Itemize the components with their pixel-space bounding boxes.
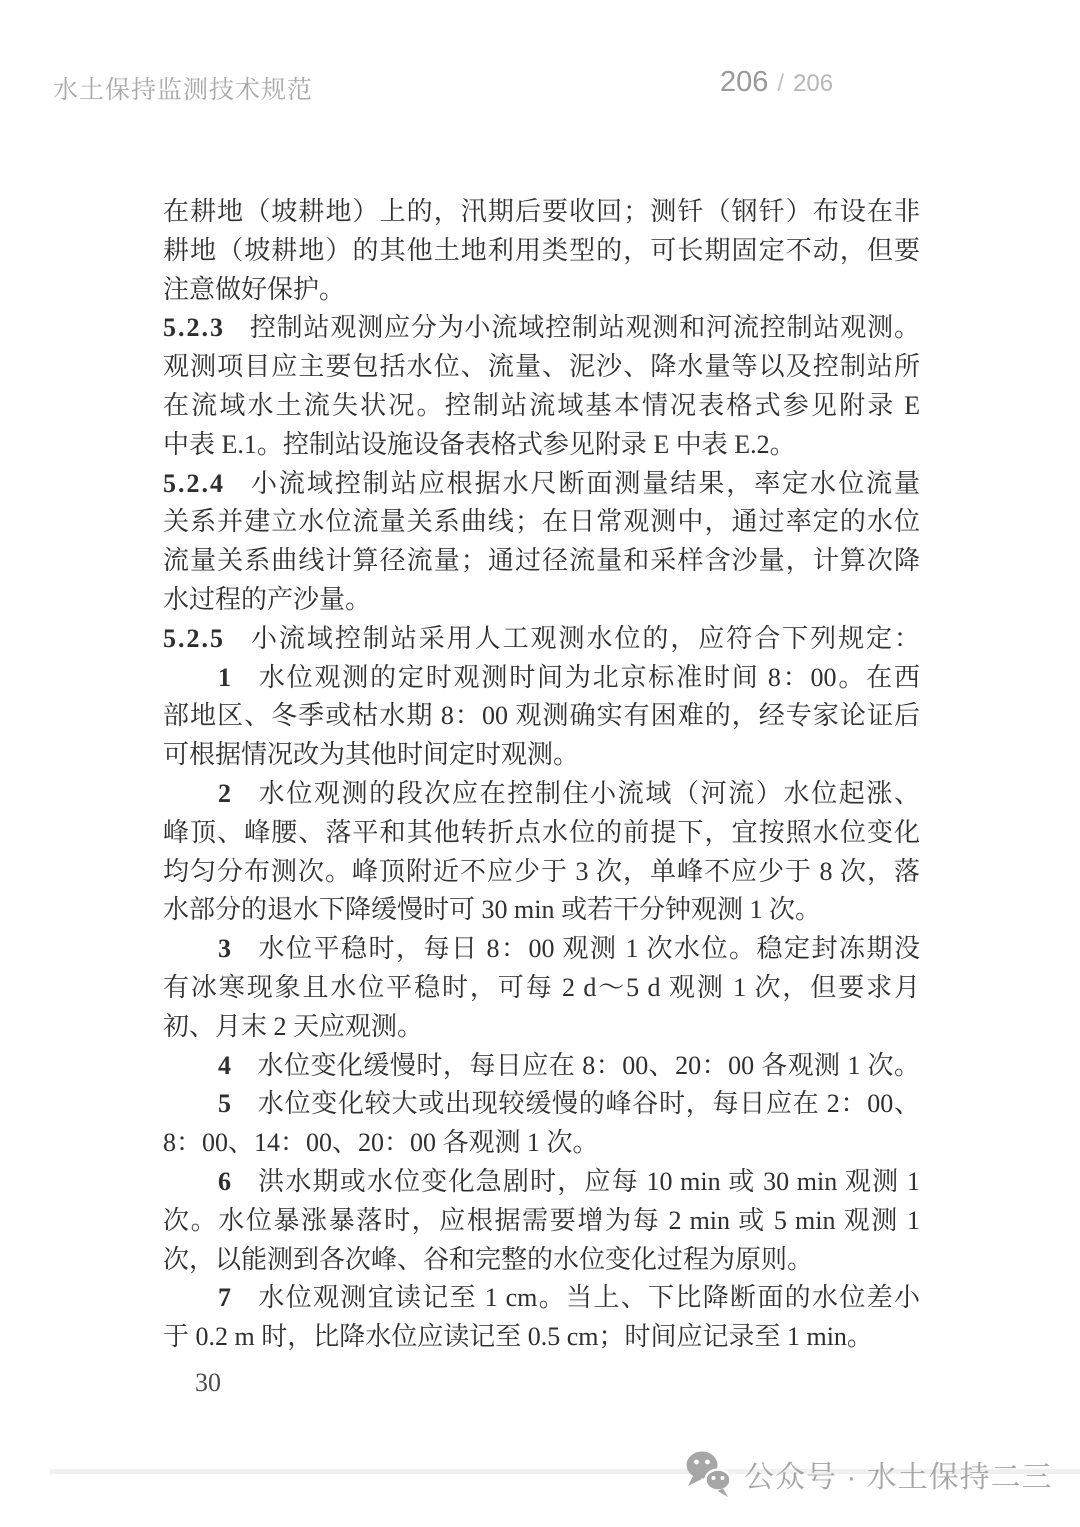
line-text: 流量关系曲线计算径流量；通过径流量和采样含沙量，计算次降 bbox=[163, 546, 920, 575]
item-number: 3 bbox=[218, 934, 233, 963]
text-line: 有冰寒现象且水位平稳时，可每 2 d～5 d 观测 1 次，但要求月 bbox=[163, 969, 920, 1008]
sheet-page-number: 30 bbox=[195, 1368, 221, 1398]
text-line: 关系并建立水位流量关系曲线；在日常观测中，通过率定的水位 bbox=[163, 503, 920, 542]
line-text: 在流域水土流失状况。控制站流域基本情况表格式参见附录 E bbox=[163, 391, 920, 420]
text-line: 8：00、14：00、20：00 各观测 1 次。 bbox=[163, 1124, 920, 1163]
line-text: 控制站观测应分为小流域控制站观测和河流控制站观测。 bbox=[249, 313, 920, 342]
text-line: 中表 E.1。控制站设施设备表格式参见附录 E 中表 E.2。 bbox=[163, 426, 920, 465]
line-text: 水部分的退水下降缓慢时可 30 min 或若干分钟观测 1 次。 bbox=[163, 895, 821, 924]
text-line: 耕地（坡耕地）的其他土地利用类型的，可长期固定不动，但要 bbox=[163, 232, 920, 271]
wechat-icon bbox=[686, 1448, 732, 1500]
page-indicator: 206 / 206 bbox=[720, 66, 833, 99]
text-line: 均匀分布测次。峰顶附近不应少于 3 次，单峰不应少于 8 次，落 bbox=[163, 853, 920, 892]
item-number: 2 bbox=[218, 779, 233, 808]
page-separator: / bbox=[777, 70, 784, 98]
item-number: 5.2.5 bbox=[163, 624, 225, 653]
line-text: 观测项目应主要包括水位、流量、泥沙、降水量等以及控制站所 bbox=[163, 352, 920, 381]
document-title: 水土保持监测技术规范 bbox=[53, 70, 313, 106]
text-line: 部地区、冬季或枯水期 8：00 观测确实有困难的，经专家论证后 bbox=[163, 697, 920, 736]
line-text: 中表 E.1。控制站设施设备表格式参见附录 E 中表 E.2。 bbox=[163, 430, 796, 459]
text-line: 峰顶、峰腰、落平和其他转折点水位的前提下，宜按照水位变化 bbox=[163, 814, 920, 853]
line-text: 均匀分布测次。峰顶附近不应少于 3 次，单峰不应少于 8 次，落 bbox=[163, 857, 920, 886]
line-text: 次，以能测到各次峰、谷和完整的水位变化过程为原则。 bbox=[163, 1245, 813, 1274]
text-line: 5水位变化较大或出现较缓慢的峰谷时，每日应在 2：00、 bbox=[163, 1085, 920, 1124]
line-text: 可根据情况改为其他时间定时观测。 bbox=[163, 740, 579, 769]
line-text: 耕地（坡耕地）的其他土地利用类型的，可长期固定不动，但要 bbox=[163, 236, 920, 265]
text-line: 3水位平稳时，每日 8：00 观测 1 次水位。稳定封冻期没 bbox=[163, 930, 920, 969]
text-line: 可根据情况改为其他时间定时观测。 bbox=[163, 736, 920, 775]
line-text: 水位变化缓慢时，每日应在 8：00、20：00 各观测 1 次。 bbox=[257, 1051, 920, 1080]
text-line: 水部分的退水下降缓慢时可 30 min 或若干分钟观测 1 次。 bbox=[163, 891, 920, 930]
text-line: 5.2.5小流域控制站采用人工观测水位的，应符合下列规定： bbox=[163, 620, 920, 659]
item-number: 5 bbox=[218, 1089, 233, 1118]
line-text: 洪水期或水位变化急剧时，应每 10 min 或 30 min 观测 1 bbox=[257, 1167, 920, 1196]
item-number: 7 bbox=[218, 1283, 233, 1312]
line-text: 注意做好保护。 bbox=[163, 275, 345, 304]
line-text: 部地区、冬季或枯水期 8：00 观测确实有困难的，经专家论证后 bbox=[163, 701, 920, 730]
text-line: 在流域水土流失状况。控制站流域基本情况表格式参见附录 E bbox=[163, 387, 920, 426]
item-number: 4 bbox=[218, 1051, 233, 1080]
text-line: 水过程的产沙量。 bbox=[163, 581, 920, 620]
text-line: 6洪水期或水位变化急剧时，应每 10 min 或 30 min 观测 1 bbox=[163, 1163, 920, 1202]
text-line: 4水位变化缓慢时，每日应在 8：00、20：00 各观测 1 次。 bbox=[163, 1047, 920, 1086]
line-text: 水位观测宜读记至 1 cm。当上、下比降断面的水位差小 bbox=[257, 1283, 920, 1312]
page-current: 206 bbox=[720, 66, 768, 99]
text-line: 观测项目应主要包括水位、流量、泥沙、降水量等以及控制站所 bbox=[163, 348, 920, 387]
document-body: 在耕地（坡耕地）上的，汛期后要收回；测钎（钢钎）布设在非耕地（坡耕地）的其他土地… bbox=[163, 193, 920, 1357]
text-line: 7水位观测宜读记至 1 cm。当上、下比降断面的水位差小 bbox=[163, 1279, 920, 1318]
item-number: 1 bbox=[218, 663, 233, 692]
item-number: 5.2.4 bbox=[163, 469, 225, 498]
line-text: 小流域控制站应根据水尺断面测量结果，率定水位流量 bbox=[249, 469, 920, 498]
text-line: 5.2.4小流域控制站应根据水尺断面测量结果，率定水位流量 bbox=[163, 465, 920, 504]
line-text: 水位观测的段次应在控制住小流域（河流）水位起涨、 bbox=[257, 779, 920, 808]
line-text: 水过程的产沙量。 bbox=[163, 585, 371, 614]
text-line: 次，以能测到各次峰、谷和完整的水位变化过程为原则。 bbox=[163, 1241, 920, 1280]
line-text: 8：00、14：00、20：00 各观测 1 次。 bbox=[163, 1128, 599, 1157]
line-text: 次。水位暴涨暴落时，应根据需要增为每 2 min 或 5 min 观测 1 bbox=[163, 1206, 920, 1235]
watermark-text: 公众号 · 水土保持二三 bbox=[744, 1452, 1053, 1496]
line-text: 在耕地（坡耕地）上的，汛期后要收回；测钎（钢钎）布设在非 bbox=[163, 197, 920, 226]
line-text: 水位观测的定时观测时间为北京标准时间 8：00。在西 bbox=[257, 663, 920, 692]
line-text: 水位平稳时，每日 8：00 观测 1 次水位。稳定封冻期没 bbox=[257, 934, 920, 963]
text-line: 注意做好保护。 bbox=[163, 271, 920, 310]
line-text: 初、月末 2 天应观测。 bbox=[163, 1012, 423, 1041]
page-total: 206 bbox=[793, 70, 833, 98]
line-text: 峰顶、峰腰、落平和其他转折点水位的前提下，宜按照水位变化 bbox=[163, 818, 920, 847]
text-line: 次。水位暴涨暴落时，应根据需要增为每 2 min 或 5 min 观测 1 bbox=[163, 1202, 920, 1241]
line-text: 于 0.2 m 时，比降水位应读记至 0.5 cm；时间应记录至 1 min。 bbox=[163, 1322, 873, 1351]
text-line: 流量关系曲线计算径流量；通过径流量和采样含沙量，计算次降 bbox=[163, 542, 920, 581]
text-line: 在耕地（坡耕地）上的，汛期后要收回；测钎（钢钎）布设在非 bbox=[163, 193, 920, 232]
text-line: 初、月末 2 天应观测。 bbox=[163, 1008, 920, 1047]
reader-page: 水土保持监测技术规范 206 / 206 在耕地（坡耕地）上的，汛期后要收回；测… bbox=[0, 0, 1080, 1527]
line-text: 关系并建立水位流量关系曲线；在日常观测中，通过率定的水位 bbox=[163, 507, 920, 536]
line-text: 小流域控制站采用人工观测水位的，应符合下列规定： bbox=[249, 624, 920, 653]
text-line: 1水位观测的定时观测时间为北京标准时间 8：00。在西 bbox=[163, 659, 920, 698]
line-text: 水位变化较大或出现较缓慢的峰谷时，每日应在 2：00、 bbox=[257, 1089, 920, 1118]
line-text: 有冰寒现象且水位平稳时，可每 2 d～5 d 观测 1 次，但要求月 bbox=[163, 973, 920, 1002]
item-number: 6 bbox=[218, 1167, 233, 1196]
text-line: 于 0.2 m 时，比降水位应读记至 0.5 cm；时间应记录至 1 min。 bbox=[163, 1318, 920, 1357]
text-line: 2水位观测的段次应在控制住小流域（河流）水位起涨、 bbox=[163, 775, 920, 814]
watermark: 公众号 · 水土保持二三 bbox=[686, 1448, 1053, 1500]
item-number: 5.2.3 bbox=[163, 313, 225, 342]
text-line: 5.2.3控制站观测应分为小流域控制站观测和河流控制站观测。 bbox=[163, 309, 920, 348]
